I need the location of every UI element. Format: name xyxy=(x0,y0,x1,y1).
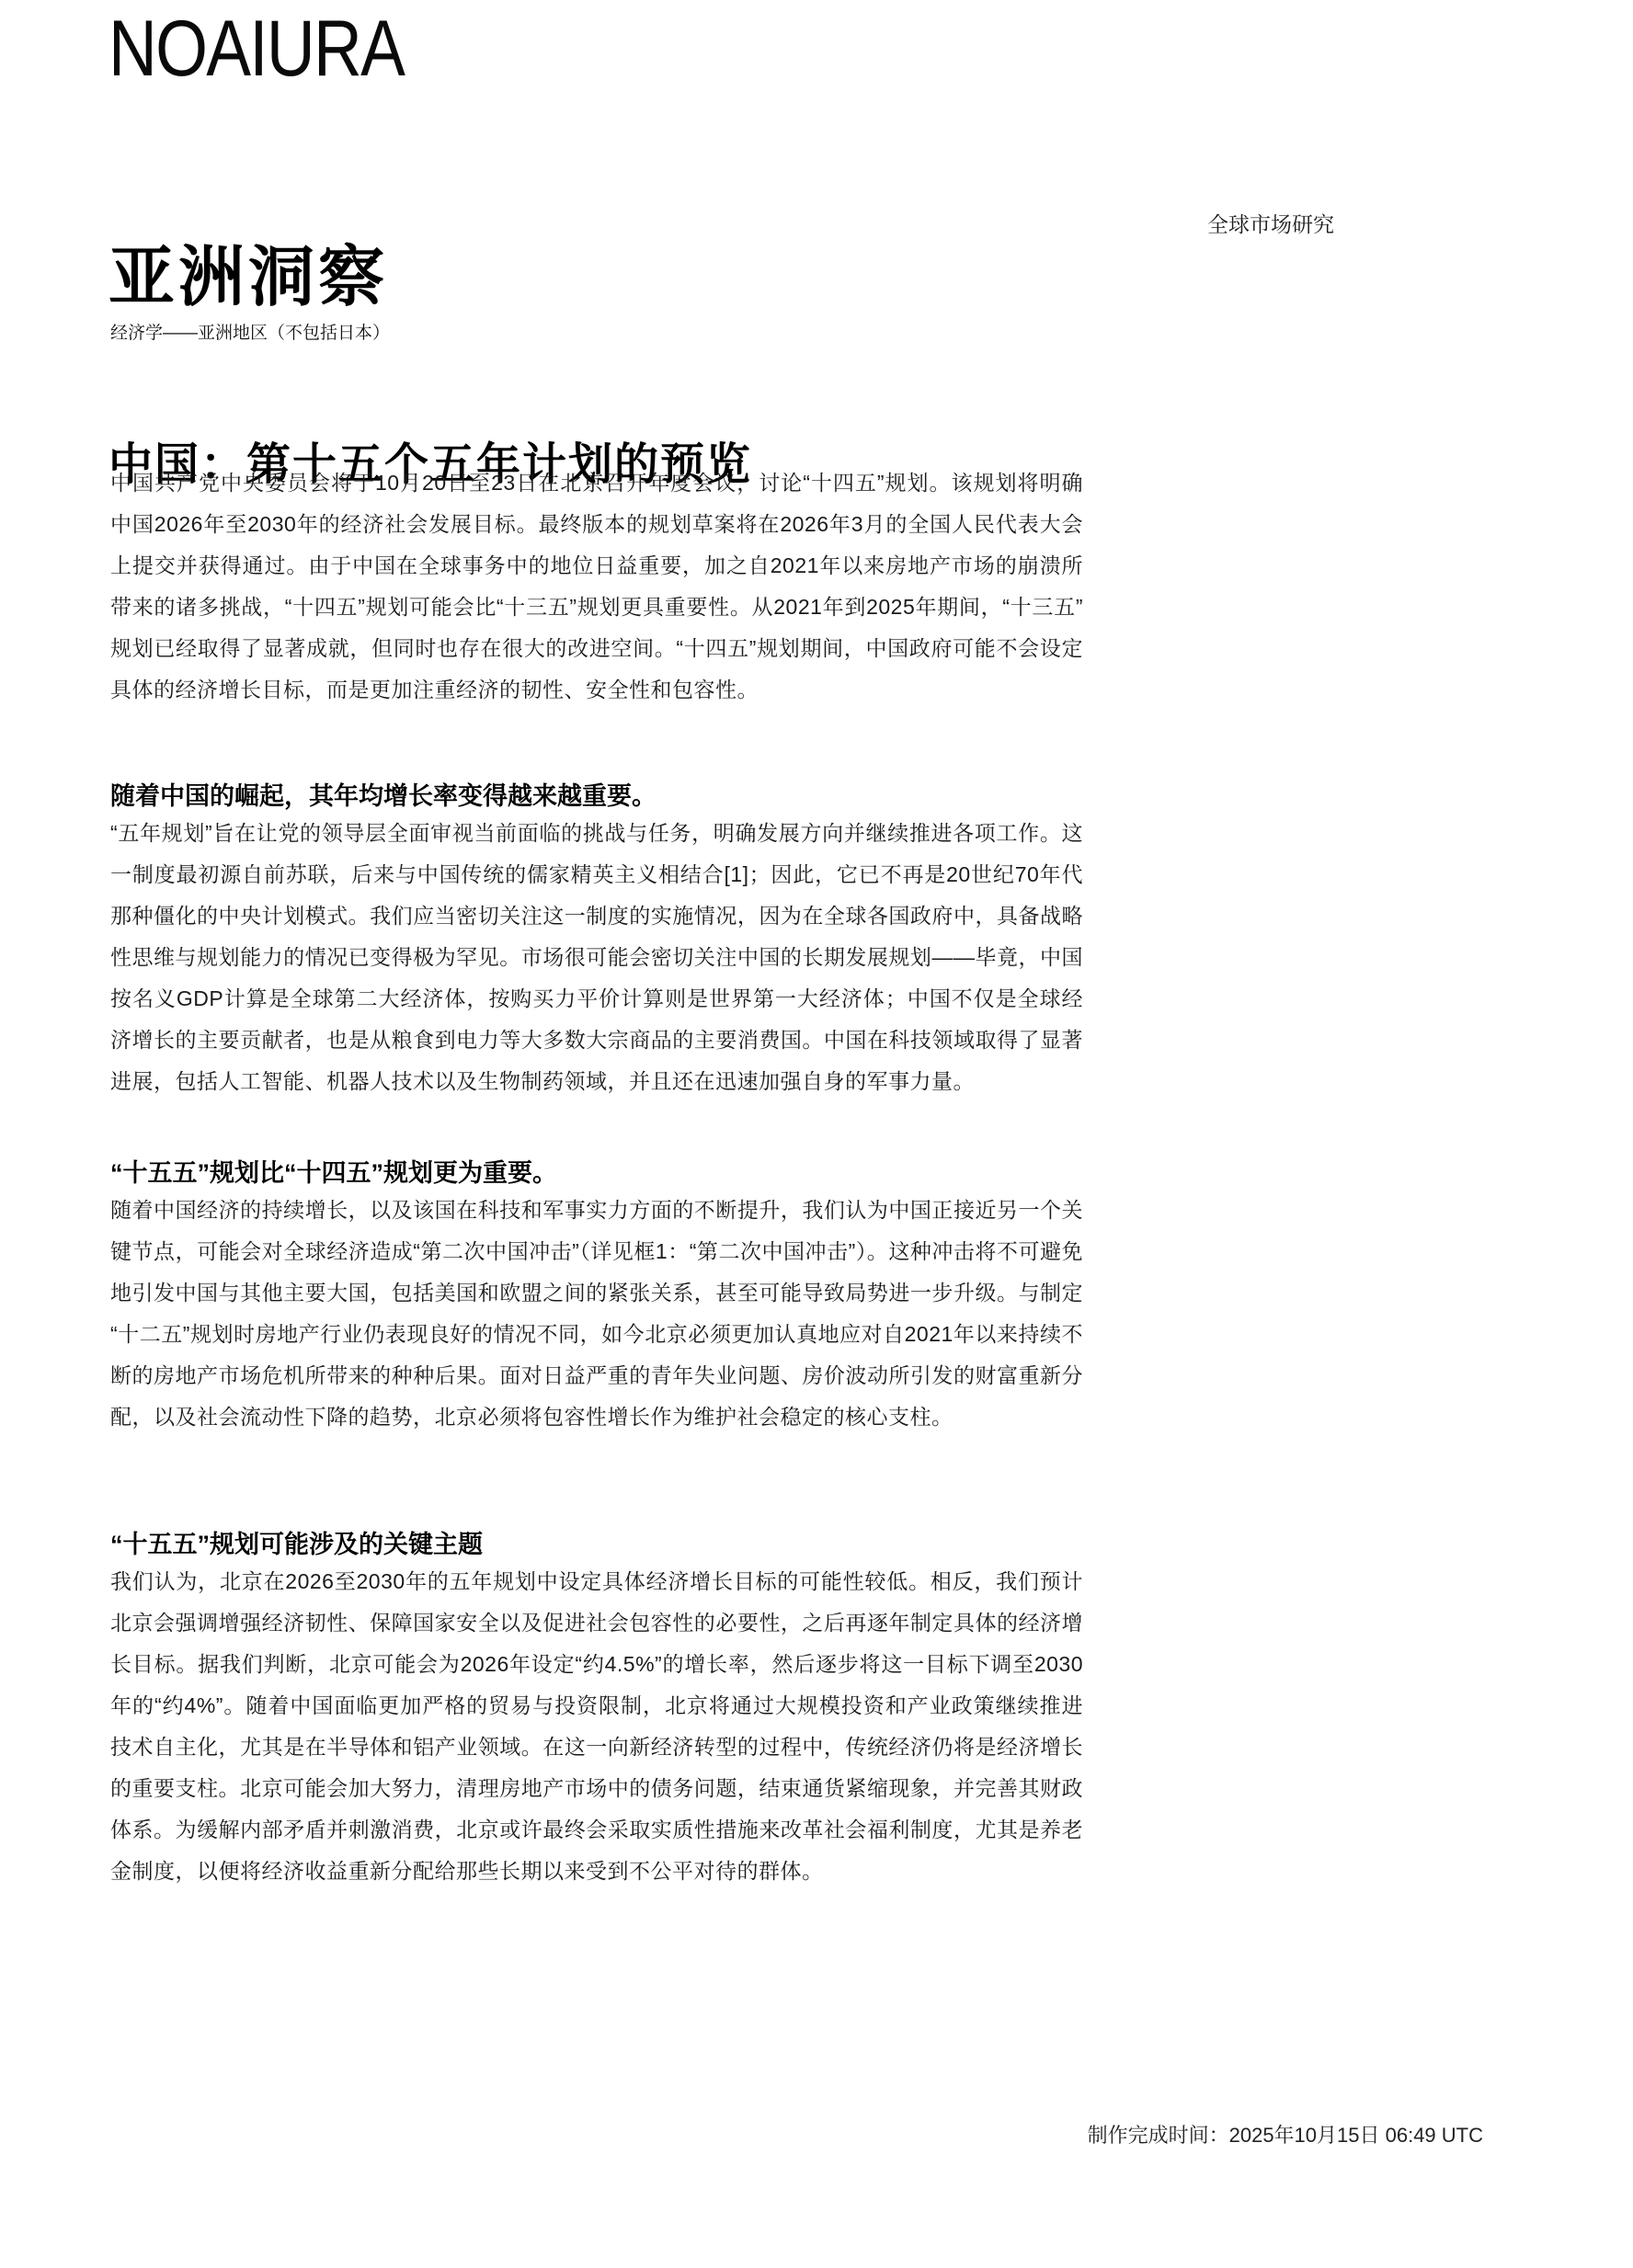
section-heading-plan-importance: “十五五”规划比“十四五”规划更为重要。 xyxy=(110,1153,1083,1189)
research-division-label: 全球市场研究 xyxy=(1207,208,1334,238)
masthead-subtitle: 经济学——亚洲地区（不包括日本） xyxy=(110,319,390,344)
brand-logo: NOAIURA xyxy=(108,4,404,95)
section-body-key-themes: 我们认为，北京在2026至2030年的五年规划中设定具体经济增长目标的可能性较低… xyxy=(110,1561,1083,1892)
section-heading-key-themes: “十五五”规划可能涉及的关键主题 xyxy=(110,1524,1083,1560)
masthead-title: 亚洲洞察 xyxy=(108,223,388,319)
section-body-plan-importance: 随着中国经济的持续增长，以及该国在科技和军事实力方面的不断提升，我们认为中国正接… xyxy=(110,1190,1083,1438)
intro-paragraph: 中国共产党中央委员会将于10月20日至23日在北京召开年度会议，讨论“十四五”规… xyxy=(110,462,1083,711)
section-heading-growth-rate: 随着中国的崛起，其年均增长率变得越来越重要。 xyxy=(110,776,1083,812)
section-body-growth-rate: “五年规划”旨在让党的领导层全面审视当前面临的挑战与任务，明确发展方向并继续推进… xyxy=(110,813,1083,1102)
production-timestamp: 制作完成时间：2025年10月15日 06:49 UTC xyxy=(1088,2120,1483,2148)
report-page: NOAIURA 全球市场研究 亚洲洞察 经济学——亚洲地区（不包括日本） 中国：… xyxy=(0,0,1633,2268)
